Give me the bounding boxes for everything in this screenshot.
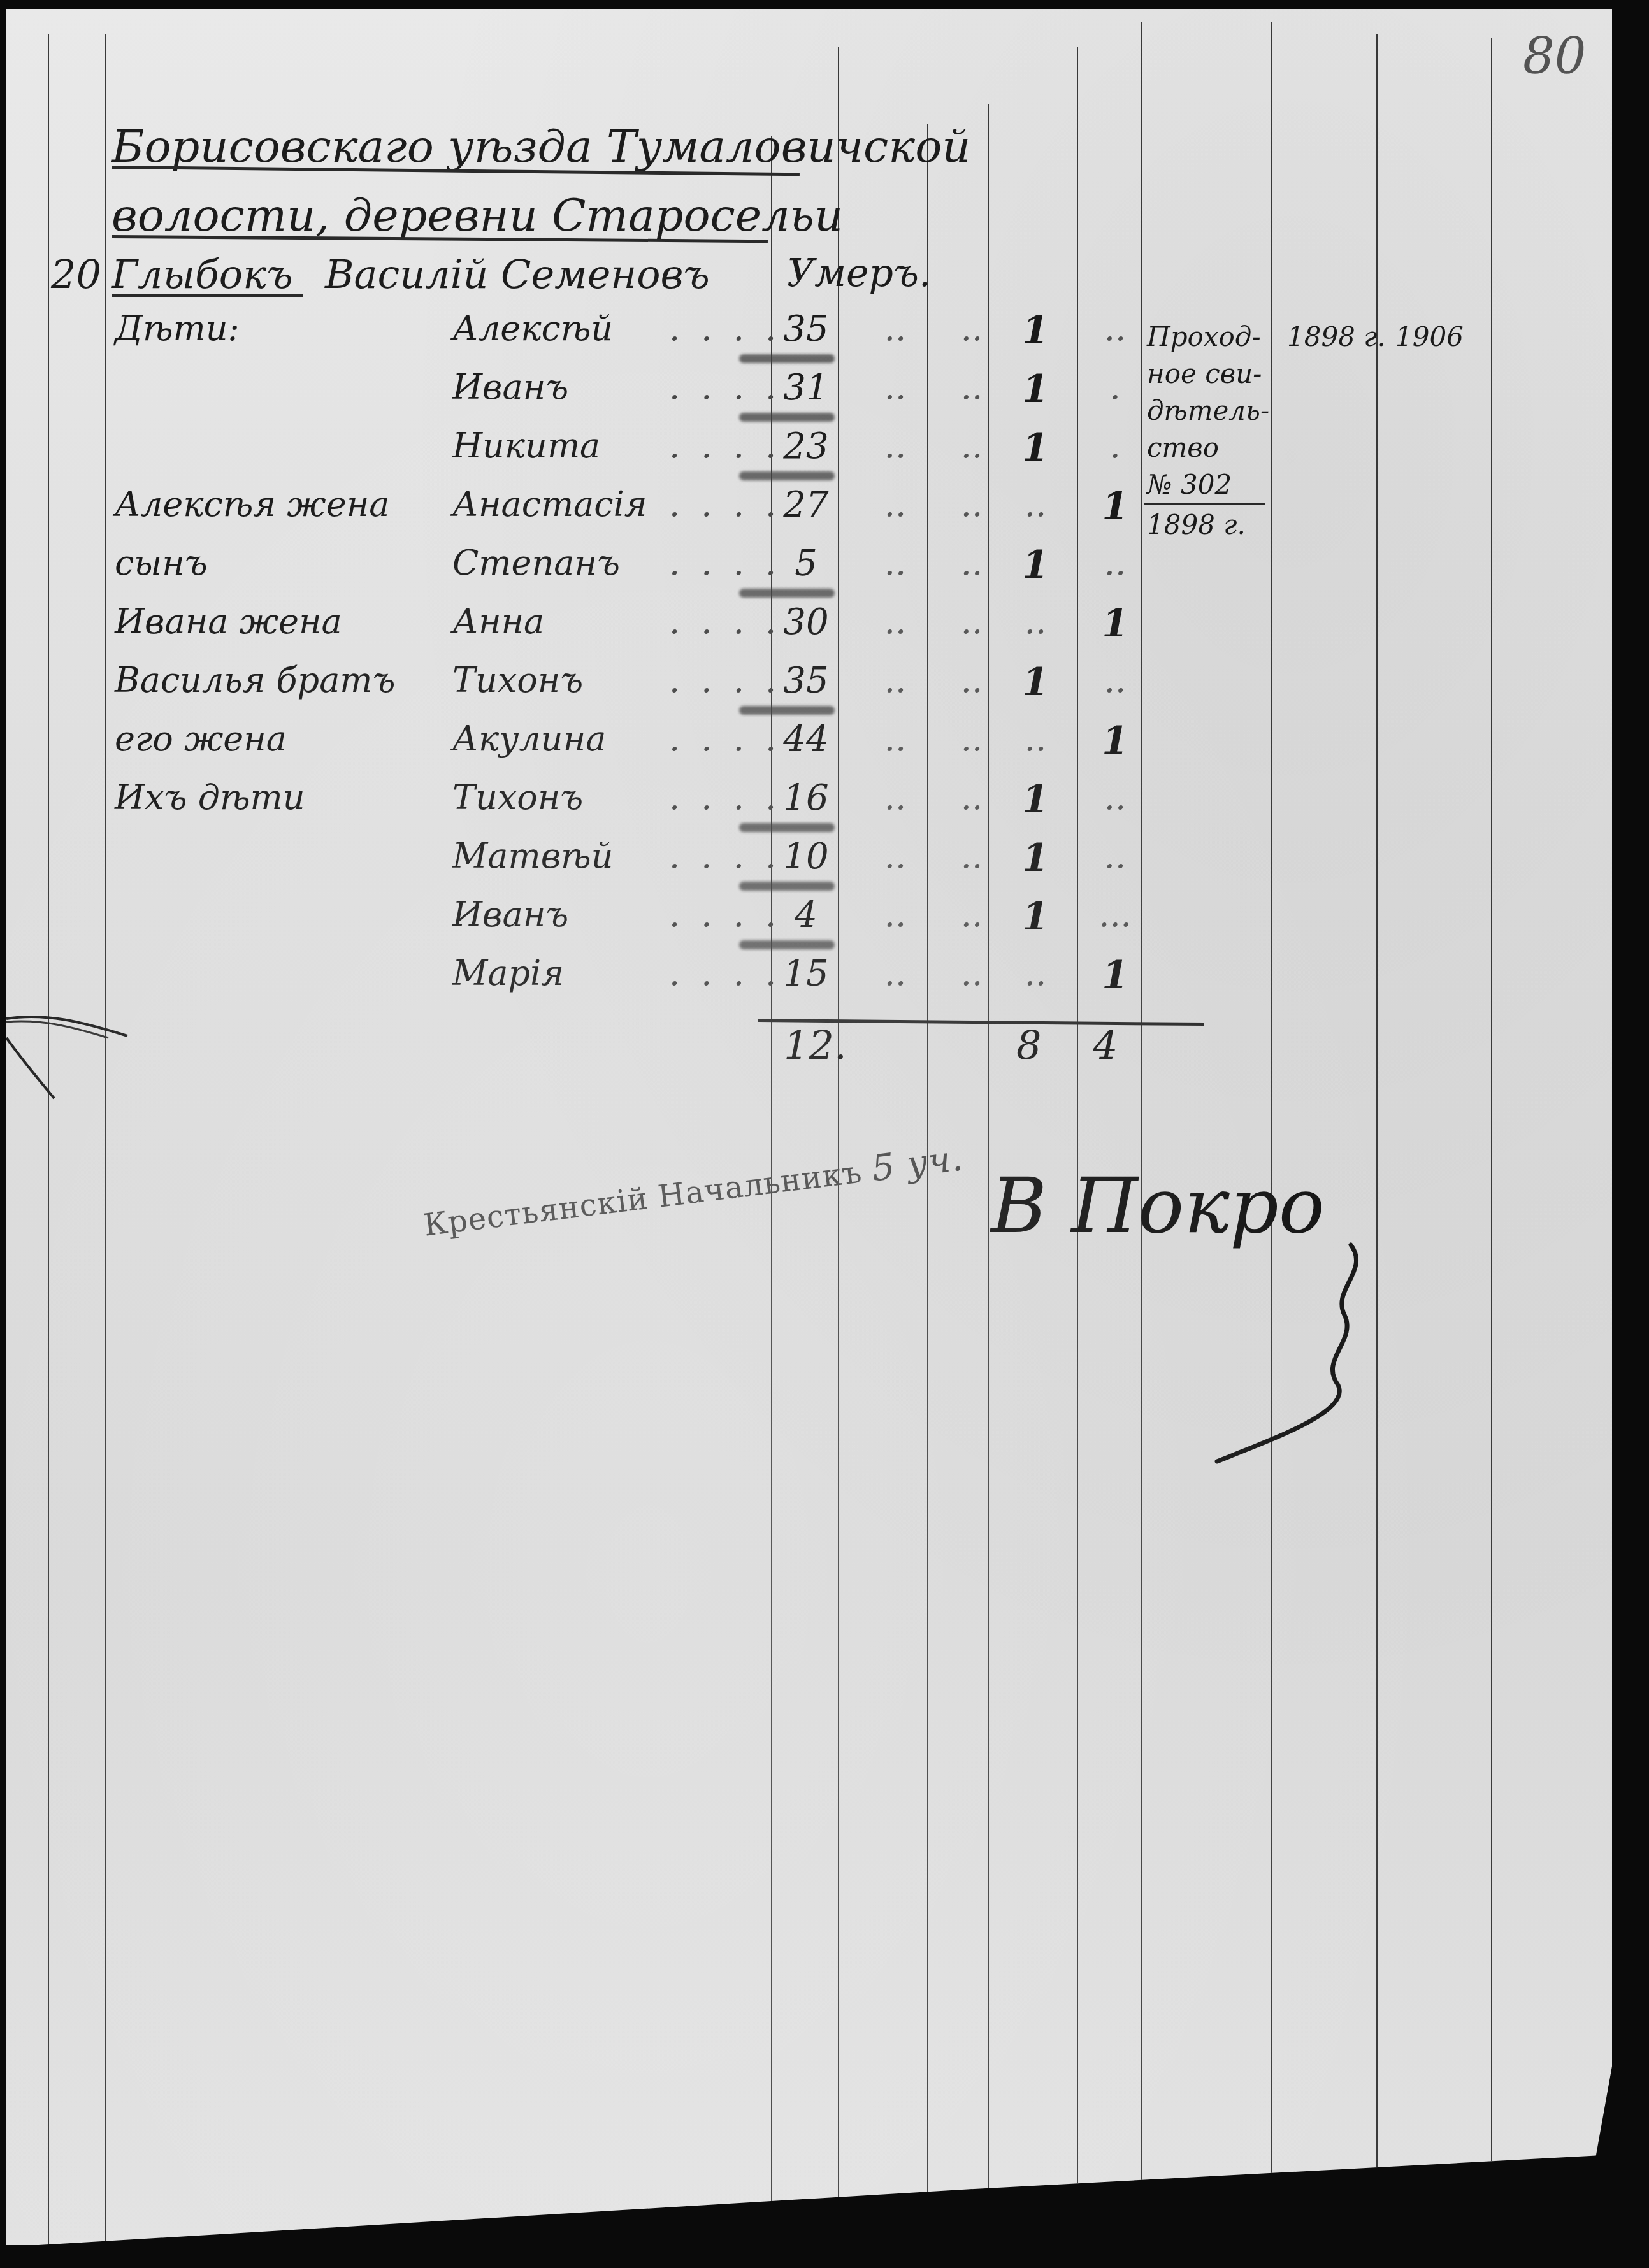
family-given-name: Анастасія (452, 484, 647, 524)
family-col-2: .. (946, 953, 997, 993)
note-line-text: № 302 (1147, 469, 1232, 500)
family-age: 44 (777, 719, 835, 760)
stamp-title: Крестьянскій Начальникъ (422, 1154, 864, 1244)
family-given-name: Тихонъ (452, 777, 583, 817)
family-col-2: .. (946, 777, 997, 817)
family-col-1: .. (870, 953, 921, 993)
year-from: 1898 г. (1287, 321, 1386, 352)
document-page: 80 Борисовскаго уѣзда Тумаловичской воло… (6, 9, 1612, 2245)
leader-dots: . . . . (669, 953, 781, 993)
leader-dots: . . . . (669, 719, 781, 759)
family-col-1: .. (870, 836, 921, 876)
leader-dots: . . . . (669, 426, 781, 466)
family-col-2: .. (946, 484, 997, 524)
family-male-count: 1 (1010, 308, 1061, 353)
family-age: 4 (777, 894, 835, 936)
table-row: Алексѣя женаАнастасія27......1. . . . (6, 484, 1612, 543)
family-col-1: .. (870, 426, 921, 466)
pencil-mark (739, 823, 835, 832)
leader-dots: . . . . (669, 660, 781, 700)
family-col-1: .. (870, 894, 921, 935)
family-given-name: Иванъ (452, 894, 568, 935)
family-relation: сынъ (115, 543, 208, 583)
family-given-name: Алексѣй (452, 308, 613, 348)
family-col-1: .. (870, 308, 921, 348)
family-age: 35 (777, 660, 835, 701)
page-number: 80 (1523, 28, 1586, 85)
family-male-count: 1 (1010, 836, 1061, 880)
family-col-2: .. (946, 719, 997, 759)
table-row: Ивана женаАнна30......1. . . . (6, 601, 1612, 660)
table-row: Василья братъТихонъ35....1... . . . (6, 660, 1612, 719)
stamp-district: 5 уч. (870, 1137, 965, 1189)
family-female-count: 1 (1090, 601, 1141, 646)
family-col-2: .. (946, 660, 997, 700)
leader-dots: . . . . (669, 601, 781, 642)
pencil-mark (739, 589, 835, 598)
leader-dots: . . . . (669, 367, 781, 407)
table-row: сынъСтепанъ5....1... . . . (6, 543, 1612, 601)
entry-head-name: Василій Семеновъ (325, 251, 710, 298)
family-female-count: .. (1090, 308, 1141, 348)
leader-dots: . . . . (669, 777, 781, 817)
family-given-name: Марія (452, 953, 564, 993)
family-female-count: .. (1090, 777, 1141, 817)
family-col-2: .. (946, 367, 997, 407)
family-male-count: .. (1010, 484, 1061, 524)
family-age: 31 (777, 367, 835, 408)
note-line-text: ство (1147, 432, 1219, 463)
surname-underline (112, 294, 303, 297)
table-row: его женаАкулина44......1. . . . (6, 719, 1612, 777)
table-row: Иванъ31....1.. . . . (6, 367, 1612, 426)
family-age: 35 (777, 308, 835, 350)
family-male-count: 1 (1010, 543, 1061, 587)
family-age: 10 (777, 836, 835, 877)
family-given-name: Акулина (452, 719, 606, 759)
note-divider (1144, 503, 1265, 505)
pencil-mark (739, 354, 835, 363)
family-given-name: Матвѣй (452, 836, 614, 876)
official-stamp: Крестьянскій Начальникъ 5 уч. (421, 1137, 965, 1244)
family-age: 23 (777, 426, 835, 467)
family-col-2: .. (946, 836, 997, 876)
leader-dots: . . . . (669, 543, 781, 583)
note-line-text: ное сви- (1147, 358, 1262, 389)
leader-dots: . . . . (669, 894, 781, 935)
family-age: 16 (777, 777, 835, 819)
family-col-1: .. (870, 484, 921, 524)
table-row: Никита23....1.. . . . (6, 426, 1612, 484)
family-female-count: . (1090, 426, 1141, 466)
note-line-text: Проход- (1147, 321, 1261, 352)
family-age: 5 (777, 543, 835, 584)
family-age: 30 (777, 601, 835, 643)
family-male-count: 1 (1010, 426, 1061, 470)
family-col-2: .. (946, 426, 997, 466)
table-row: Матвѣй10....1... . . . (6, 836, 1612, 894)
family-age: 15 (777, 953, 835, 994)
family-col-1: .. (870, 367, 921, 407)
total-female: 4 (1093, 1022, 1118, 1068)
family-female-count: 1 (1090, 719, 1141, 763)
table-row: Марія15......1. . . . (6, 953, 1612, 1012)
family-relation: его жена (115, 719, 287, 759)
header-district: Борисовскаго уѣзда Тумаловичской (112, 120, 970, 173)
family-col-2: .. (946, 894, 997, 935)
entry-number: 20 (51, 251, 101, 298)
family-col-2: .. (946, 601, 997, 642)
family-female-count: . (1090, 367, 1141, 407)
leader-dots: . . . . (669, 308, 781, 348)
family-col-1: .. (870, 777, 921, 817)
paper-fiber-debris (6, 1003, 147, 1105)
entry-surname: Глыбокъ (112, 251, 293, 298)
leader-dots: . . . . (669, 484, 781, 524)
pencil-mark (739, 882, 835, 891)
family-age: 27 (777, 484, 835, 526)
family-female-count: .. (1090, 836, 1141, 876)
note-date: 1898 г. (1147, 509, 1246, 540)
pencil-mark (739, 940, 835, 949)
leader-dots: . . . . (669, 836, 781, 876)
family-col-2: .. (946, 543, 997, 583)
family-male-count: 1 (1010, 777, 1061, 822)
pencil-mark (739, 706, 835, 715)
table-row: Иванъ4....1.... . . . (6, 894, 1612, 953)
family-col-1: .. (870, 543, 921, 583)
family-col-1: .. (870, 719, 921, 759)
pencil-mark (739, 413, 835, 422)
family-relation: Дѣти: (115, 308, 240, 348)
family-col-1: .. (870, 660, 921, 700)
entry-head-status: Умеръ. (787, 251, 931, 296)
family-male-count: 1 (1010, 367, 1061, 412)
table-row: Ихъ дѣтиТихонъ16....1... . . . (6, 777, 1612, 836)
family-female-count: 1 (1090, 484, 1141, 529)
pencil-mark (739, 471, 835, 480)
family-col-2: .. (946, 308, 997, 348)
note-line-text: дѣтель- (1147, 395, 1269, 426)
family-relation: Василья братъ (115, 660, 396, 700)
family-female-count: .. (1090, 543, 1141, 583)
family-given-name: Тихонъ (452, 660, 583, 700)
family-male-count: .. (1010, 601, 1061, 642)
header-village: волости, деревни Старосельи (112, 189, 843, 241)
family-relation: Ивана жена (115, 601, 342, 642)
family-male-count: 1 (1010, 894, 1061, 939)
family-female-count: ... (1090, 894, 1141, 935)
family-male-count: .. (1010, 719, 1061, 759)
family-given-name: Анна (452, 601, 544, 642)
family-female-count: .. (1090, 660, 1141, 700)
family-col-1: .. (870, 601, 921, 642)
family-given-name: Степанъ (452, 543, 620, 583)
family-relation: Ихъ дѣти (115, 777, 305, 817)
signature-flourish (1204, 1232, 1408, 1474)
family-female-count: 1 (1090, 953, 1141, 998)
family-relation: Алексѣя жена (115, 484, 389, 524)
family-given-name: Иванъ (452, 367, 568, 407)
year-to: 1906 (1395, 321, 1464, 352)
family-given-name: Никита (452, 426, 600, 466)
family-male-count: 1 (1010, 660, 1061, 705)
total-persons: 12. (784, 1022, 847, 1068)
total-male: 8 (1016, 1022, 1041, 1068)
family-male-count: .. (1010, 953, 1061, 993)
